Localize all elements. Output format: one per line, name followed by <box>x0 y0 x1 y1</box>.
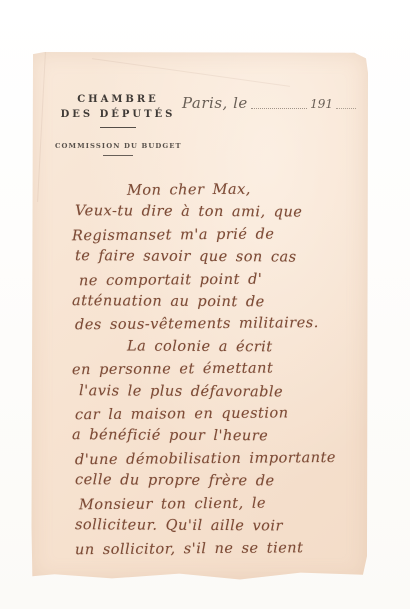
letter-line: solliciteur. Qu'il aille voir <box>75 514 359 538</box>
letter-line: Monsieur ton client, le <box>79 491 359 516</box>
date-line: Paris, le 191 <box>182 94 356 112</box>
letter-line: d'une démobilisation importante <box>75 447 359 472</box>
paper-crease <box>92 58 290 87</box>
letter-line: ne comportait point d' <box>79 267 359 292</box>
letter-line: un sollicitor, s'il ne se tient <box>75 536 359 561</box>
date-year-stub: 191 <box>310 97 333 112</box>
date-blank-rule <box>251 108 307 109</box>
letter-line: en personne et émettant <box>72 357 359 382</box>
letter-line-salutation: Mon cher Max, <box>75 178 359 203</box>
letter-line: La colonie a écrit <box>75 335 359 359</box>
letter-line: Veux-tu dire à ton ami, que <box>75 201 359 225</box>
letterhead-deputes: DES DÉPUTÉS <box>55 107 181 122</box>
letter-line: atténuation au point de <box>72 290 359 314</box>
letter-line: celle du propre frère de <box>75 469 359 493</box>
handwritten-body: Mon cher Max, Veux-tu dire à ton ami, qu… <box>75 179 359 560</box>
date-prefix: Paris, le <box>182 94 248 112</box>
letter-sheet: CHAMBRE DES DÉPUTÉS COMMISSION DU BUDGET… <box>31 52 368 580</box>
letterhead-rule <box>100 127 136 128</box>
letterhead: CHAMBRE DES DÉPUTÉS COMMISSION DU BUDGET <box>55 92 181 156</box>
paper-crease <box>37 52 46 202</box>
letterhead-rule <box>103 155 133 156</box>
letterhead-chambre: CHAMBRE <box>55 92 181 107</box>
letter-line: des sous-vêtements militaires. <box>75 312 359 337</box>
letter-line: Regismanset m'a prié de <box>72 223 359 248</box>
date-end-rule <box>336 108 356 109</box>
letter-line: car la maison en question <box>75 402 359 427</box>
letter-photograph: CHAMBRE DES DÉPUTÉS COMMISSION DU BUDGET… <box>0 0 410 609</box>
letter-line: te faire savoir que son cas <box>75 245 359 269</box>
letterhead-commission: COMMISSION DU BUDGET <box>55 142 181 150</box>
letter-line: a bénéficié pour l'heure <box>72 425 359 449</box>
letter-line: l'avis le plus défavorable <box>79 380 359 404</box>
